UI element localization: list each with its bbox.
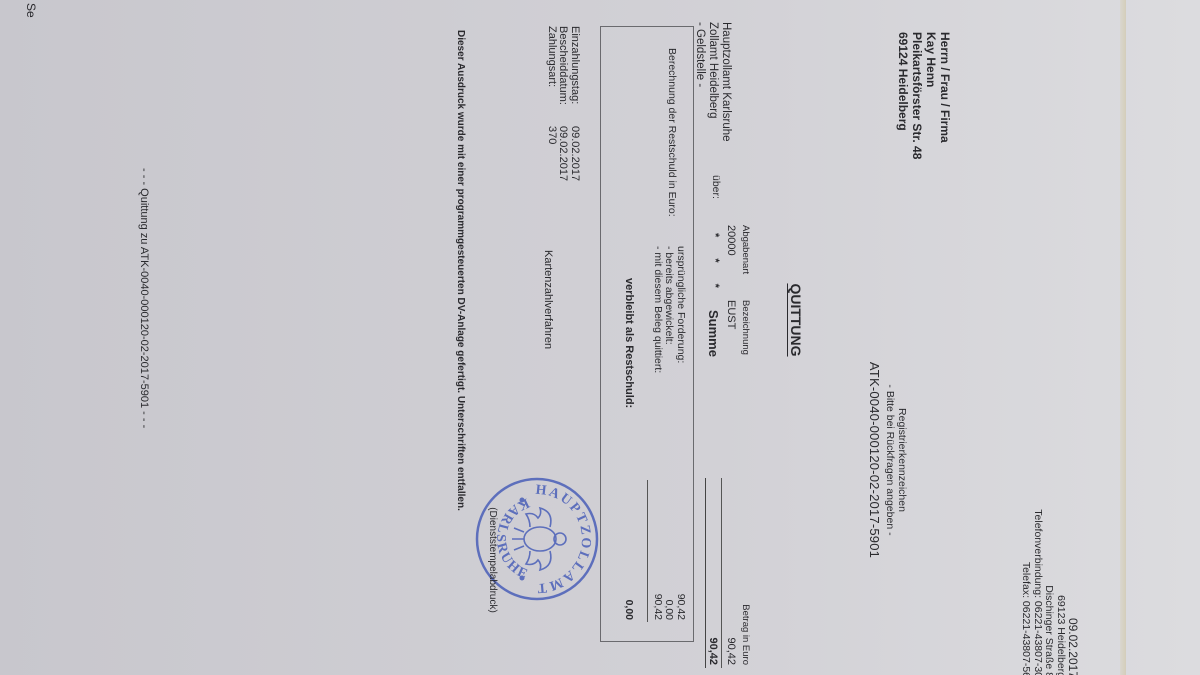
document-title: QUITTUNG (788, 230, 804, 410)
item-description: EUST (724, 300, 737, 357)
total-rule (721, 478, 722, 668)
recipient-street: Pleikartsförster Str. 48 (910, 32, 924, 159)
original-claim-value: 90,42 (675, 560, 687, 620)
recipient-city: 69124 Heidelberg (896, 32, 910, 159)
total-amount: 90,42 (706, 560, 719, 665)
payment-type-label: Zahlungsart: (546, 26, 558, 105)
calculation-label: Berechnung der Restschuld in Euro: (666, 48, 678, 217)
svg-text:HAUPTZOLLAMT: HAUPTZOLLAMT (535, 483, 594, 596)
calculation-rule (647, 480, 648, 622)
receipt-document: Hauptzollamt Karlsruhe Zollamt Heidelber… (0, 0, 1200, 675)
sender-address: Hauptzollamt Karlsruhe Zollamt Heidelber… (693, 22, 732, 142)
already-settled-label: - bereits abgewickelt: (663, 246, 675, 373)
recipient-address: Herrn / Frau / Firma Kay Henn Pleikartsf… (896, 32, 952, 159)
item-amount: 90,42 (724, 560, 737, 665)
calculation-lines: ursprüngliche Forderung: - bereits abgew… (652, 246, 687, 373)
over-label: über: (710, 175, 722, 199)
original-claim-label: ursprüngliche Forderung: (675, 246, 687, 373)
sender-line: Hauptzollamt Karlsruhe (719, 22, 732, 142)
page-corner-text: Se (24, 3, 38, 18)
payment-method: Kartenzahlverfahren (542, 250, 554, 349)
office-phone: Telefonverbindung: 06221-43807-30 (1032, 468, 1044, 675)
stamp-caption: (Dienststempelabdruck) (487, 507, 498, 613)
item-type: 20000 (724, 225, 737, 297)
footer-note: Dieser Ausdruck wurde mit einer programm… (455, 30, 466, 511)
registration-hint: - Bitte bei Rückfragen angeben - (884, 330, 896, 590)
calculation-values: 90,42 0,00 90,42 (652, 560, 687, 620)
payment-type-code: 370 (546, 126, 558, 181)
payment-date-label: Einzahlungstag: (569, 26, 581, 105)
office-fax: Telefax: 06221-43807-56 (1020, 468, 1032, 675)
registration-number: ATK-0040-000120-02-2017-5901 (866, 330, 882, 590)
column-amount: Betrag in Euro 90,42 90,42 (706, 560, 751, 665)
office-line: Dischinger Straße 8 (1043, 468, 1055, 675)
payment-labels: Einzahlungstag: Bescheiddatum: Zahlungsa… (546, 26, 581, 105)
column-description: Bezeichnung EUST Summe (706, 300, 751, 357)
already-settled-value: 0,00 (663, 560, 675, 620)
column-type: Abgabenart 20000 * * * (709, 225, 751, 297)
header-description: Bezeichnung (739, 300, 751, 357)
receipted-value: 90,42 (652, 560, 664, 620)
office-info: 09.02.2017 69123 Heidelberg Dischinger S… (1020, 468, 1080, 675)
eagle-icon (512, 508, 566, 570)
notice-date-label: Bescheiddatum: (557, 26, 569, 105)
document-date: 09.02.2017 (1066, 468, 1080, 675)
notice-date: 09.02.2017 (557, 126, 569, 181)
payment-values: 09.02.2017 09.02.2017 370 (546, 126, 581, 181)
sender-line: Zollamt Heidelberg (706, 22, 719, 142)
sender-line: - Geldstelle - (693, 22, 706, 142)
recipient-name: Kay Henn (924, 32, 938, 159)
bottom-reference: - - - Quittung zu ATK-0040-000120-02-201… (138, 168, 150, 428)
total-label: Summe (706, 310, 721, 357)
recipient-line: Herrn / Frau / Firma (938, 32, 952, 159)
receipted-label: - mit diesem Beleg quittiert: (652, 246, 664, 373)
total-marker: * * * (709, 233, 721, 297)
header-type: Abgabenart (739, 225, 751, 297)
header-amount: Betrag in Euro (739, 560, 751, 665)
remaining-value: 0,00 (623, 560, 635, 620)
registration-label: Registrierkennzeichen (896, 330, 908, 590)
office-line: 69123 Heidelberg (1055, 468, 1067, 675)
paper-fold-shadow (1120, 0, 1126, 675)
remaining-label: verbleibt als Restschuld: (623, 278, 635, 408)
stamp-text-top: HAUPTZOLLAMT (535, 483, 594, 596)
total-rule-bottom (705, 478, 706, 668)
payment-date: 09.02.2017 (569, 126, 581, 181)
registration-block: Registrierkennzeichen - Bitte bei Rückfr… (866, 330, 908, 590)
